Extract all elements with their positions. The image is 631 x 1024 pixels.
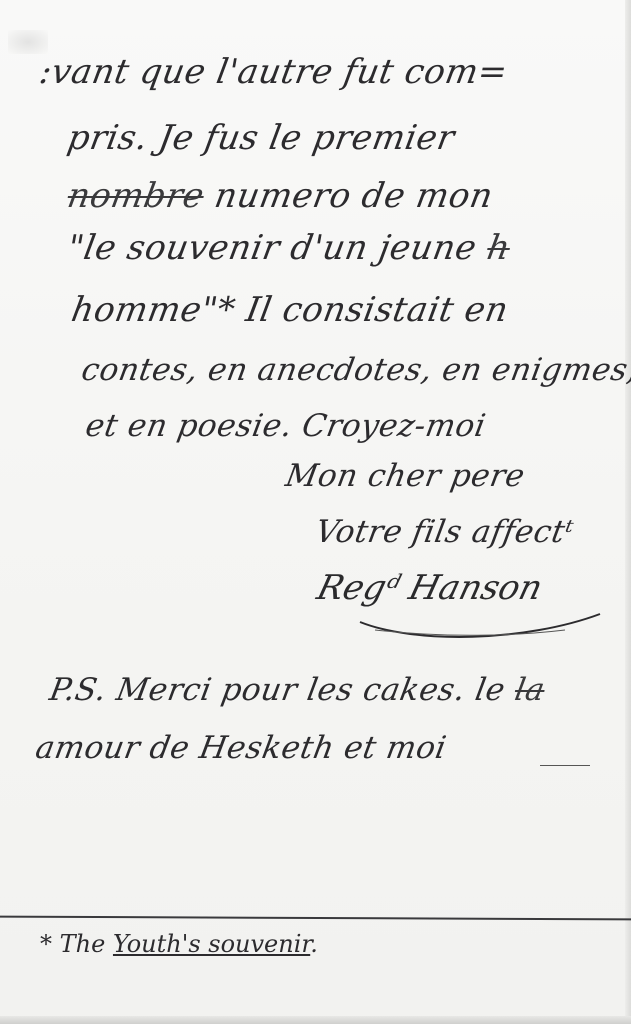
signature: Regᵈ Hanson: [313, 568, 547, 608]
letter-line-3: nombre numero de mon: [64, 176, 496, 216]
footnote-rule: [0, 916, 631, 921]
letter-line-2: pris. Je fus le premier: [64, 118, 457, 158]
footnote-title: Youth's souvenir: [113, 930, 310, 958]
paper-edge-right: [625, 0, 631, 1024]
letter-line-4: "le souvenir d'un jeune h: [64, 228, 513, 268]
footnote-marker: *: [40, 930, 52, 958]
struck-word: nombre: [64, 176, 207, 216]
footnote-prefix: The: [60, 930, 106, 958]
closing-sign-off: Votre fils affectᵗ: [313, 514, 576, 550]
letter-line-1: :vant que l'autre fut com=: [36, 52, 510, 92]
letter-page: :vant que l'autre fut com= pris. Je fus …: [0, 0, 631, 1024]
closing-salutation: Mon cher pere: [283, 458, 528, 494]
signature-flourish: [355, 608, 605, 648]
paper-smudge: [8, 30, 48, 54]
postscript-line-1: P.S. Merci pour les cakes. le la: [47, 672, 548, 708]
letter-line-7: et en poesie. Croyez-moi: [83, 408, 489, 444]
paper-edge-bottom: [0, 1016, 631, 1024]
struck-word-ps: la: [512, 672, 548, 708]
closing-dash: [540, 765, 590, 766]
footnote: * The Youth's souvenir.: [40, 930, 318, 958]
letter-line-4-text: "le souvenir d'un jeune: [64, 228, 479, 268]
postscript-text: P.S. Merci pour les cakes.: [47, 672, 469, 708]
letter-line-3-text: numero de mon: [212, 176, 497, 216]
postscript-tail: le: [472, 672, 508, 708]
footnote-suffix: .: [310, 930, 318, 958]
letter-line-5: homme"* Il consistait en: [68, 290, 511, 330]
postscript-line-2: amour de Hesketh et moi: [33, 730, 449, 766]
struck-letter: h: [484, 228, 513, 268]
letter-line-6: contes, en anecdotes, en enigmes,: [79, 352, 631, 388]
